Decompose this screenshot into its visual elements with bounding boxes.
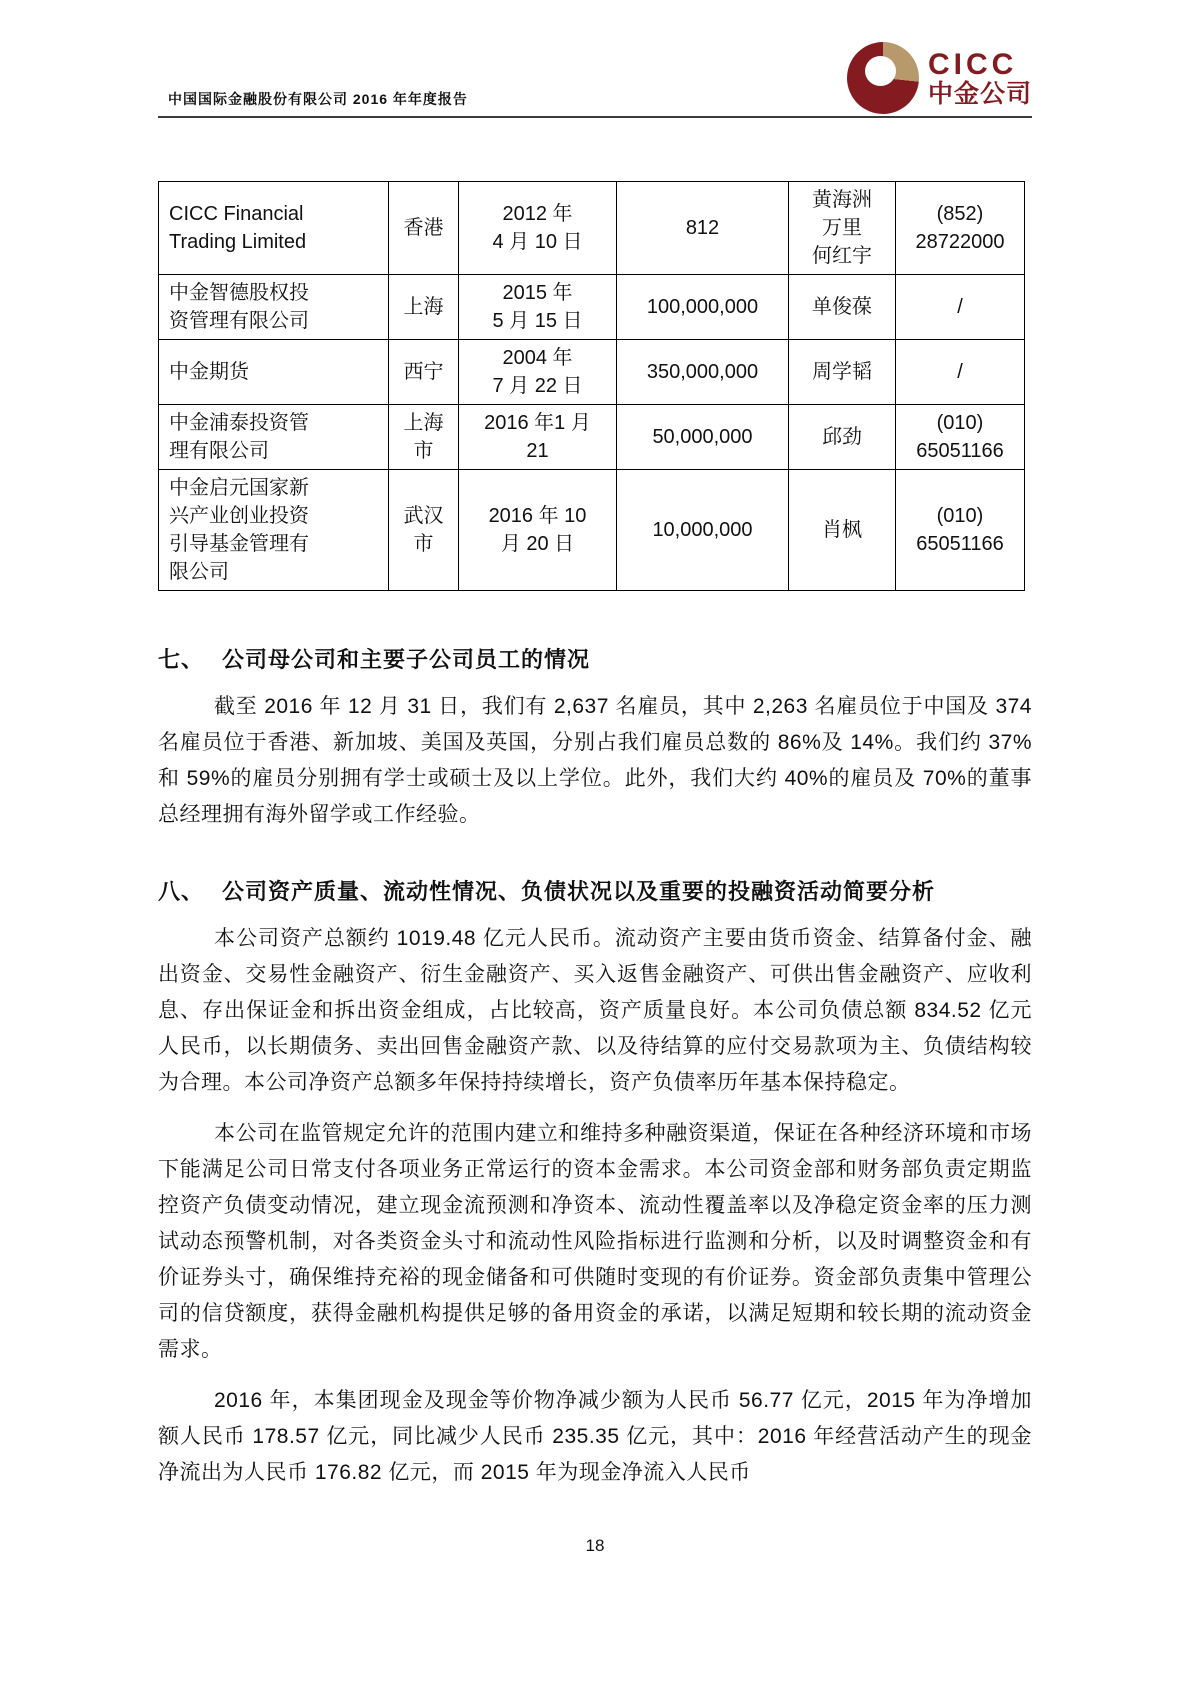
company-name-cell: CICC Financial Trading Limited [159,182,389,275]
section-number: 七、 [158,647,204,672]
registered-capital-cell: 50,000,000 [617,405,789,470]
location-cell: 香港 [389,182,459,275]
table-row: 中金智德股权投 资管理有限公司 上海 2015 年 5 月 15 日 100,0… [159,275,1025,340]
established-date-cell: 2015 年 5 月 15 日 [459,275,617,340]
section-title: 公司母公司和主要子公司员工的情况 [222,647,590,672]
company-name-cell: 中金浦泰投资管 理有限公司 [159,405,389,470]
section-paragraph: 2016 年，本集团现金及现金等价物净减少额为人民币 56.77 亿元，2015… [158,1383,1032,1491]
report-header: 中国国际金融股份有限公司 2016 年年度报告 CICC 中金公司 [158,0,1032,118]
section-eight-heading: 八、公司资产质量、流动性情况、负债状况以及重要的投融资活动简要分析 [158,875,1032,906]
location-cell: 武汉 市 [389,470,459,591]
logo-wordmark-zh: 中金公司 [928,82,1032,107]
logo-wordmark-en: CICC [928,50,1032,80]
table-row: 中金期货 西宁 2004 年 7 月 22 日 350,000,000 周学韬 … [159,340,1025,405]
location-cell: 上海 [389,275,459,340]
responsible-person-cell: 周学韬 [789,340,896,405]
phone-cell: (010) 65051166 [896,405,1025,470]
responsible-person-cell: 邱劲 [789,405,896,470]
registered-capital-cell: 812 [617,182,789,275]
company-name-cell: 中金启元国家新 兴产业创业投资 引导基金管理有 限公司 [159,470,389,591]
report-title: 中国国际金融股份有限公司 2016 年年度报告 [168,89,468,109]
phone-cell: (852) 28722000 [896,182,1025,275]
phone-cell: / [896,275,1025,340]
established-date-cell: 2004 年 7 月 22 日 [459,340,617,405]
registered-capital-cell: 350,000,000 [617,340,789,405]
page-content: 中国国际金融股份有限公司 2016 年年度报告 CICC 中金公司 CICC F… [158,0,1032,1491]
phone-cell: / [896,340,1025,405]
table-row: 中金浦泰投资管 理有限公司 上海 市 2016 年1 月 21 50,000,0… [159,405,1025,470]
company-name-cell: 中金期货 [159,340,389,405]
location-cell: 上海 市 [389,405,459,470]
cicc-logo-wordmark: CICC 中金公司 [928,50,1032,107]
responsible-person-cell: 单俊葆 [789,275,896,340]
responsible-person-cell: 肖枫 [789,470,896,591]
section-paragraph: 本公司资产总额约 1019.48 亿元人民币。流动资产主要由货币资金、结算备付金… [158,921,1032,1101]
established-date-cell: 2016 年1 月 21 [459,405,617,470]
subsidiary-table: CICC Financial Trading Limited 香港 2012 年… [158,181,1025,591]
registered-capital-cell: 10,000,000 [617,470,789,591]
responsible-person-cell: 黄海洲 万里 何红宇 [789,182,896,275]
section-number: 八、 [158,879,204,904]
section-seven-heading: 七、公司母公司和主要子公司员工的情况 [158,643,1032,674]
page-number: 18 [0,1536,1190,1556]
established-date-cell: 2012 年 4 月 10 日 [459,182,617,275]
section-paragraph: 本公司在监管规定允许的范围内建立和维持多种融资渠道，保证在各种经济环境和市场下能… [158,1116,1032,1368]
table-row: 中金启元国家新 兴产业创业投资 引导基金管理有 限公司 武汉 市 2016 年 … [159,470,1025,591]
company-name-cell: 中金智德股权投 资管理有限公司 [159,275,389,340]
cicc-logo-mark-icon [847,42,919,114]
registered-capital-cell: 100,000,000 [617,275,789,340]
table-row: CICC Financial Trading Limited 香港 2012 年… [159,182,1025,275]
section-title: 公司资产质量、流动性情况、负债状况以及重要的投融资活动简要分析 [222,879,935,904]
location-cell: 西宁 [389,340,459,405]
phone-cell: (010) 65051166 [896,470,1025,591]
section-paragraph: 截至 2016 年 12 月 31 日，我们有 2,637 名雇员，其中 2,2… [158,689,1032,833]
established-date-cell: 2016 年 10 月 20 日 [459,470,617,591]
cicc-logo: CICC 中金公司 [847,42,1032,114]
